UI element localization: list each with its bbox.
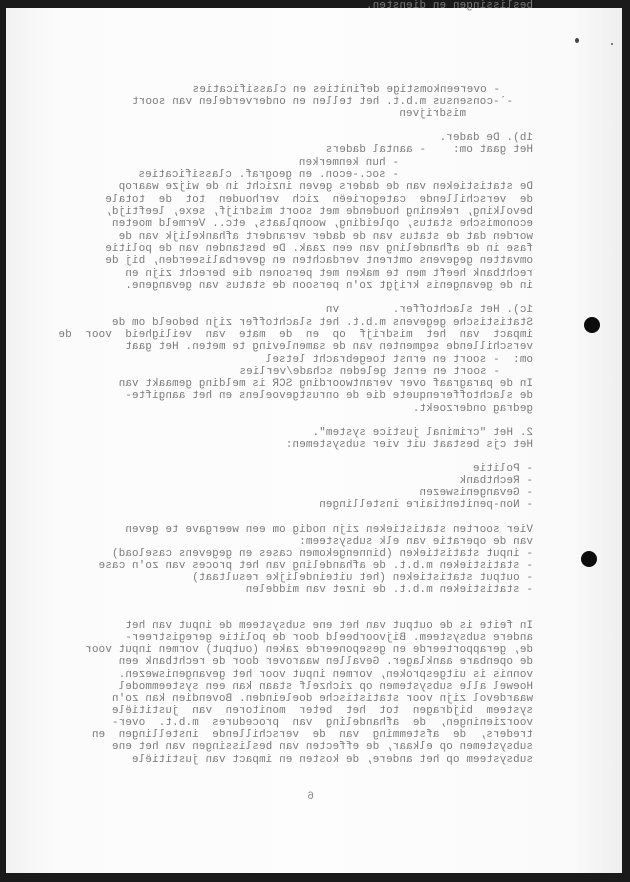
text-line: In de paragraaf over verantwoording SCR …: [119, 378, 534, 390]
text-line: - soort en ernst geleden schade/verlies: [239, 366, 500, 378]
text-line: bevolking, rekening houdende met soort m…: [105, 206, 533, 218]
text-line: impact van het misdrijf op en de mate va…: [58, 329, 533, 341]
text-line: - statistieken m.b.t. de inzet van midde…: [246, 584, 533, 596]
text-line: - hun kenmerken: [299, 157, 399, 169]
text-line: van de operatie van elk subsysteem:: [299, 536, 533, 548]
text-line: misdrijven: [399, 108, 466, 120]
text-line: - soc.-econ. en geograf. classificaties: [138, 169, 399, 181]
text-line: in de gevangenis krijgt zo'n persoon de …: [125, 280, 533, 292]
text-line: - Non-penitentiaire instellingen: [319, 499, 533, 511]
text-line: voorzieningen, de afhandeling van proced…: [112, 717, 533, 729]
text-line: worden dat de status van de dader verand…: [119, 231, 534, 243]
page-number: 6: [307, 791, 314, 803]
text-line: - output statistieken (het uiteindelijke…: [192, 572, 533, 584]
text-line: - statistieken m.b.t. de afhandeling van…: [98, 560, 533, 572]
text-line: In feite is de output van het ene subsys…: [125, 620, 533, 632]
text-line: - Gevangeniswezen: [419, 487, 533, 499]
text-line: gedrag onderzoekt.: [413, 403, 533, 415]
text-line: - input statistieken (binnengekomen case…: [112, 548, 533, 560]
punch-hole-top: [584, 317, 600, 333]
text-line: verschillende segmenten van de samenlevi…: [125, 341, 533, 353]
speck-mark: [575, 38, 579, 43]
text-line: economische status, opleiding, woonplaat…: [112, 218, 533, 230]
text-line: systeem bijdragen tot het beter monitore…: [112, 705, 533, 717]
text-line: rechtbank heeft men te maken met persone…: [125, 268, 533, 280]
text-line: vonnis is uitgesproken, vormen input voo…: [119, 669, 534, 681]
text-line: treders, de afstemming van de verschille…: [92, 729, 533, 741]
text-line: 1b). De dader.: [439, 132, 533, 144]
text-line: Statistische gegevens m.b.t. het slachto…: [112, 317, 533, 329]
speck-mark: [611, 43, 613, 45]
text-line: De statistieken van de daders geven inzi…: [119, 181, 534, 193]
text-line: omvatten gegevens omtrent verdachten en …: [105, 255, 533, 267]
text-line: Het gaat om: - aantal daders: [326, 144, 533, 156]
text-line: de openbare aanklager. Gevallen waarover…: [119, 656, 534, 668]
text-line: -`-consensus m.b.t. het tellen en onderv…: [132, 96, 513, 108]
text-line: waardevol zijn voor statistische doelein…: [112, 693, 533, 705]
text-line: andere subsysteem. Bijvoorbeeld door de …: [125, 632, 533, 644]
text-line: 2. Het "criminal justice system".: [312, 427, 533, 439]
text-line: fase in de afhandeling van een zaak. De …: [105, 243, 533, 255]
punch-hole-bottom: [581, 551, 597, 567]
text-line: Vier soorten statistieken zijn nodig om …: [125, 524, 533, 536]
text-line: de, gerapporteerde en geseponeerde zaken…: [85, 644, 533, 656]
text-line: subsysteem op het andere, de kosten en i…: [132, 754, 533, 766]
text-line: Het cjs bestaat uit vier subsystemen:: [286, 439, 533, 451]
text-line: - Rechtbank: [459, 475, 533, 487]
text-line: - Politie: [473, 463, 533, 475]
text-line: 1c). Het slachtoffer. vn: [326, 304, 533, 316]
text-line: - overeenkomstige definities en classifi…: [192, 84, 500, 96]
text-line: om: - soort en ernst toegebracht letsel: [266, 354, 533, 366]
text-line: beslissingen en diensten.: [366, 0, 533, 12]
mirrored-text-block: 6 - overeenkomstige definities en classi…: [0, 0, 630, 882]
text-line: subsystemen op elkaar, de effecten van b…: [112, 741, 533, 753]
text-line: Hoewel alle subsystemen op zichzelf staa…: [119, 681, 534, 693]
text-line: de verschillende categorieën zich verhou…: [105, 194, 533, 206]
text-line: de slachtofferenquete die de onrustgevoe…: [125, 390, 533, 402]
